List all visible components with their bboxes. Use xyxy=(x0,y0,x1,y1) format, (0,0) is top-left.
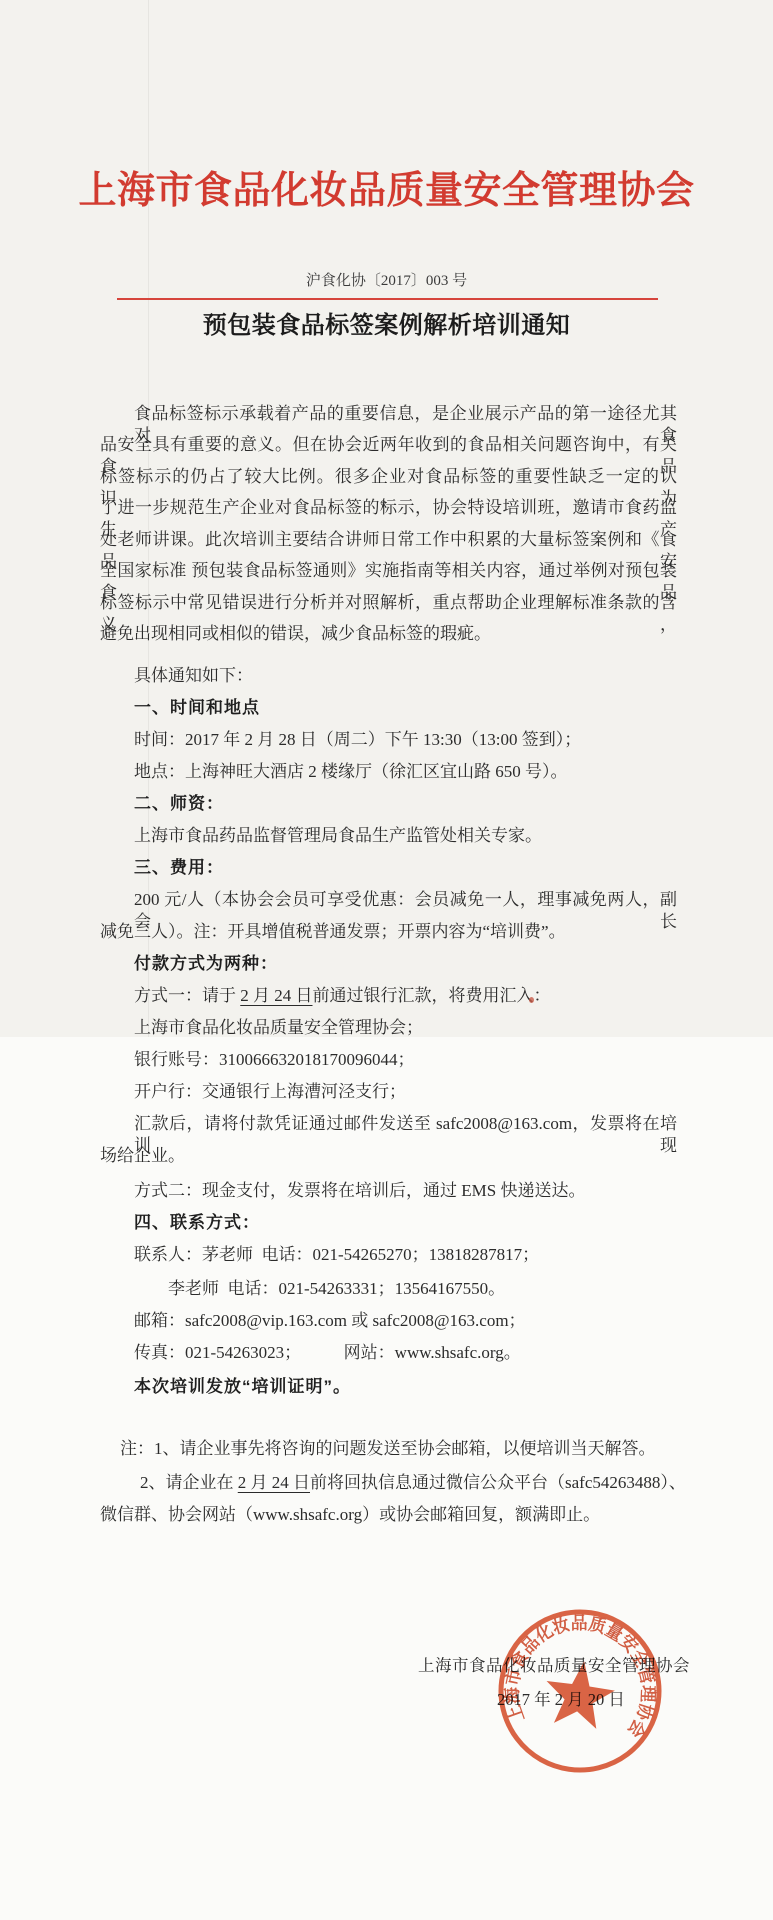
fee-line: 减免三人）。注：开具增值税普通发票；开票内容为“培训费”。 xyxy=(100,921,566,943)
section-heading-2: 二、师资： xyxy=(134,793,224,815)
pay1-pre: 方式一：请于 xyxy=(134,986,240,1005)
remit-line: 场给企业。 xyxy=(100,1145,185,1167)
payment-method-1: 方式一：请于 2 月 24 日前通过银行汇款，将费用汇入： xyxy=(134,985,551,1007)
place-line: 地点：上海神旺大酒店 2 楼缘厅（徐汇区宜山路 650 号）。 xyxy=(134,761,568,783)
bank-branch-line: 开户行：交通银行上海漕河泾支行； xyxy=(134,1081,406,1103)
notice-intro: 具体通知如下： xyxy=(134,665,253,687)
email-line: 邮箱：safc2008@vip.163.com 或 safc2008@163.c… xyxy=(134,1310,526,1332)
org-title: 上海市食品化妆品质量安全管理协会 xyxy=(0,168,773,214)
scanned-notice-page: 上海市食品化妆品质量安全管理协会 沪食化协〔2017〕003 号 预包装食品标签… xyxy=(0,0,773,1920)
contact-line-2: 李老师 电话：021-54263331；13564167550。 xyxy=(168,1278,505,1300)
pay1-deadline: 2 月 24 日 xyxy=(240,986,312,1005)
time-line: 时间：2017 年 2 月 28 日（周二）下午 13:30（13:00 签到）… xyxy=(134,729,581,751)
note-2: 2、请企业在 2 月 24 日前将回执信息通过微信公众平台（safc542634… xyxy=(140,1472,686,1494)
bank-account-line: 银行账号：310066632018170096044； xyxy=(134,1049,415,1071)
note-2-continued: 微信群、协会网站（www.shsafc.org）或协会邮箱回复，额满即止。 xyxy=(100,1504,600,1526)
pay1-post: 前通过银行汇款，将费用汇入： xyxy=(313,986,551,1005)
payment-method-2: 方式二：现金支付，发票将在培训后，通过 EMS 快递送达。 xyxy=(134,1180,585,1202)
doc-number: 沪食化协〔2017〕003 号 xyxy=(0,272,773,291)
contact-line-1: 联系人：茅老师 电话：021-54265270；13818287817； xyxy=(134,1244,539,1266)
section-heading-3: 三、费用： xyxy=(134,857,224,879)
scan-ink-speck xyxy=(529,997,534,1003)
official-seal: 上海市食品化妆品质量安全管理协会 xyxy=(481,1592,680,1791)
doc-title: 预包装食品标签案例解析培训通知 xyxy=(0,311,773,341)
payee-line: 上海市食品化妆品质量安全管理协会； xyxy=(134,1017,423,1039)
note2-post: 前将回执信息通过微信公众平台（safc54263488）、 xyxy=(310,1473,686,1492)
certificate-line: 本次培训发放“培训证明”。 xyxy=(134,1376,351,1398)
section-heading-1: 一、时间和地点 xyxy=(134,697,260,719)
red-divider-rule xyxy=(117,298,658,300)
section-heading-4: 四、联系方式： xyxy=(134,1212,260,1234)
seal-star-icon xyxy=(541,1656,618,1730)
remit-line: 汇款后，请将付款凭证通过邮件发送至 safc2008@163.com，发票将在培… xyxy=(134,1113,677,1157)
paragraph-line: 避免出现相同或相似的错误，减少食品标签的瑕疵。 xyxy=(100,623,491,645)
payment-intro: 付款方式为两种： xyxy=(134,953,278,975)
fax-website-line: 传真：021-54263023； 网站：www.shsafc.org。 xyxy=(134,1342,521,1364)
teacher-line: 上海市食品药品监督管理局食品生产监管处相关专家。 xyxy=(134,825,542,847)
note2-pre: 2、请企业在 xyxy=(140,1473,238,1492)
note-1: 注：1、请企业事先将咨询的问题发送至协会邮箱，以便培训当天解答。 xyxy=(120,1438,656,1460)
note2-deadline: 2 月 24 日 xyxy=(238,1473,310,1492)
